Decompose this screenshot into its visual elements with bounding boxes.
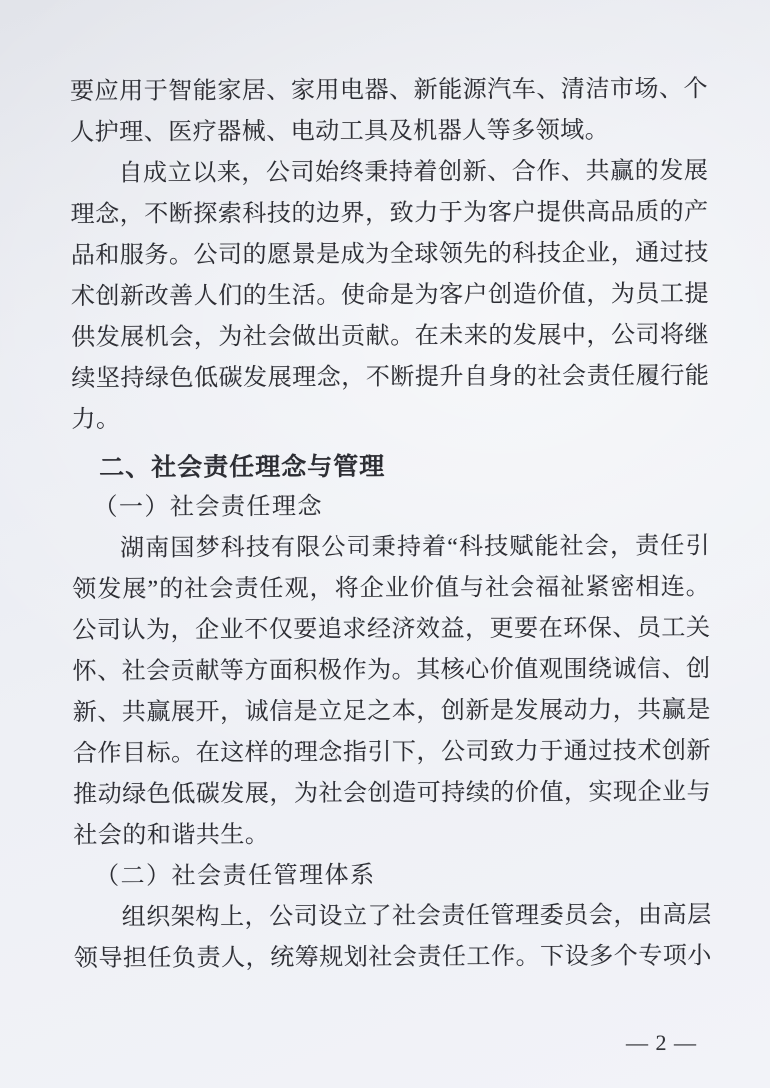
- page-body: 要应用于智能家居、家用电器、新能源汽车、清洁市场、个 人护理、医疗器械、电动工具…: [70, 69, 712, 980]
- text-line: 自成立以来，公司始终秉持着创新、合作、共赢的发展: [70, 151, 708, 195]
- text-line: 品和服务。公司的愿景是成为全球领先的科技企业，通过技: [71, 233, 709, 277]
- text-line: 要应用于智能家居、家用电器、新能源汽车、清洁市场、个: [70, 69, 708, 113]
- text-line: 领导担任负责人，统筹规划社会责任工作。下设多个专项小: [74, 936, 712, 980]
- text-line: 合作目标。在这样的理念指引下，公司致力于通过技术创新: [73, 731, 711, 775]
- subsection-heading: （二）社会责任管理体系: [73, 854, 711, 898]
- text-line: 续坚持绿色低碳发展理念，不断提升自身的社会责任履行能: [71, 356, 709, 400]
- text-line: 新、共赢展开，诚信是立足之本，创新是发展动力，共赢是: [73, 690, 711, 734]
- text-line: 术创新改善人们的生活。使命是为客户创造价值，为员工提: [71, 274, 709, 318]
- text-line: 供发展机会，为社会做出贡献。在未来的发展中，公司将继: [71, 315, 709, 359]
- text-line: 湖南国梦科技有限公司秉持着“科技赋能社会，责任引: [72, 526, 710, 570]
- text-line: 社会的和谐共生。: [73, 813, 711, 857]
- page-number: — 2 —: [626, 1030, 697, 1056]
- text-line: 公司认为，企业不仅要追求经济效益，更要在环保、员工关: [72, 608, 710, 652]
- text-line: 力。: [71, 397, 709, 441]
- scanned-document-page: 要应用于智能家居、家用电器、新能源汽车、清洁市场、个 人护理、医疗器械、电动工具…: [0, 0, 770, 1088]
- text-line: 领发展”的社会责任观，将企业价值与社会福祉紧密相连。: [72, 567, 710, 611]
- section-heading: 二、社会责任理念与管理: [72, 444, 710, 488]
- subsection-heading: （一）社会责任理念: [72, 485, 710, 529]
- text-line: 人护理、医疗器械、电动工具及机器人等多领域。: [70, 110, 708, 154]
- text-line: 怀、社会贡献等方面积极作为。其核心价值观围绕诚信、创: [73, 649, 711, 693]
- text-line: 理念，不断探索科技的边界，致力于为客户提供高品质的产: [71, 192, 709, 236]
- text-line: 组织架构上，公司设立了社会责任管理委员会，由高层: [74, 895, 712, 939]
- text-line: 推动绿色低碳发展，为社会创造可持续的价值，实现企业与: [73, 772, 711, 816]
